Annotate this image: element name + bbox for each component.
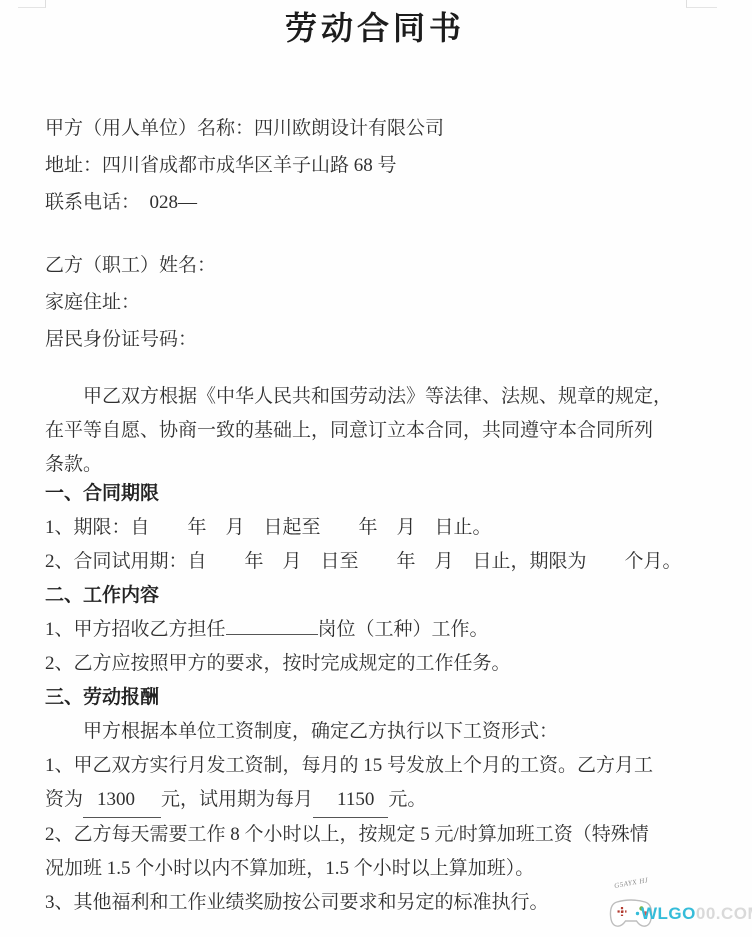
section3-intro-line: 甲方根据本单位工资制度，确定乙方执行以下工资形式：: [45, 715, 705, 749]
section3-heading: 三、劳动报酬: [45, 681, 705, 715]
party-b-block: 乙方（职工）姓名： 家庭住址： 居民身份证号码：: [45, 247, 705, 358]
section1-heading: 一、合同期限: [45, 477, 705, 511]
preamble-line: 甲乙双方根据《中华人民共和国劳动法》等法律、法规、规章的规定，: [45, 380, 705, 414]
document-title: 劳动合同书: [45, 6, 705, 50]
page-corner-mark-left: [18, 0, 46, 8]
section1-probation-line: 2、合同试用期：自 年 月 日至 年 月 日止，期限为 个月。: [45, 545, 705, 579]
salary-line-prefix: 资为: [45, 789, 83, 810]
position-line-suffix: 岗位（工种）工作。: [318, 619, 489, 640]
salary-item-line1: 1、甲乙双方实行月发工资制，每月的 15 号发放上个月的工资。乙方月工: [45, 749, 705, 783]
watermark-brand-primary: WLGO: [641, 904, 696, 923]
monthly-salary-value: 1300: [83, 783, 161, 818]
party-b-id-line: 居民身份证号码：: [45, 321, 705, 358]
section2-position-line: 1、甲方招收乙方担任岗位（工种）工作。: [45, 613, 705, 647]
overtime-item-line2: 况加班 1.5 个小时以内不算加班，1.5 个小时以上算加班）。: [45, 852, 705, 886]
site-watermark: G5AYX HJ WLGO00.COM: [608, 879, 750, 931]
watermark-scribble: G5AYX HJ: [614, 876, 649, 890]
position-blank-field: [226, 615, 318, 635]
probation-salary-value: 1150: [313, 783, 388, 818]
party-b-name-line: 乙方（职工）姓名：: [45, 247, 705, 284]
party-a-address-line: 地址：四川省成都市成华区羊子山路 68 号: [45, 147, 705, 184]
watermark-brand-secondary: 00.COM: [696, 904, 752, 923]
party-b-address-line: 家庭住址：: [45, 284, 705, 321]
salary-line-mid: 元，试用期为每月: [161, 789, 313, 810]
benefits-item-line: 3、其他福利和工作业绩奖励按公司要求和另定的标准执行。: [45, 886, 705, 920]
overtime-item-line1: 2、乙方每天需要工作 8 个小时以上，按规定 5 元/时算加班工资（特殊情: [45, 818, 705, 852]
contract-sections: 一、合同期限 1、期限：自 年 月 日起至 年 月 日止。 2、合同试用期：自 …: [45, 477, 705, 920]
party-a-name-line: 甲方（用人单位）名称：四川欧朗设计有限公司: [45, 110, 705, 147]
salary-item-line2: 资为1300元，试用期为每月1150元。: [45, 783, 705, 818]
preamble-line: 在平等自愿、协商一致的基础上，同意订立本合同，共同遵守本合同所列: [45, 414, 705, 448]
party-a-phone-line: 联系电话： 028—: [45, 184, 705, 221]
salary-line-suffix: 元。: [388, 789, 426, 810]
watermark-brand-text: WLGO00.COM: [641, 904, 752, 924]
contract-document-page: 劳动合同书 甲方（用人单位）名称：四川欧朗设计有限公司 地址：四川省成都市成华区…: [0, 0, 752, 937]
section2-heading: 二、工作内容: [45, 579, 705, 613]
position-line-prefix: 1、甲方招收乙方担任: [45, 619, 226, 640]
preamble-paragraph: 甲乙双方根据《中华人民共和国劳动法》等法律、法规、规章的规定， 在平等自愿、协商…: [45, 380, 705, 482]
section1-term-line: 1、期限：自 年 月 日起至 年 月 日止。: [45, 511, 705, 545]
section2-task-line: 2、乙方应按照甲方的要求，按时完成规定的工作任务。: [45, 647, 705, 681]
page-corner-mark-right: [686, 0, 717, 8]
party-a-block: 甲方（用人单位）名称：四川欧朗设计有限公司 地址：四川省成都市成华区羊子山路 6…: [45, 110, 705, 221]
